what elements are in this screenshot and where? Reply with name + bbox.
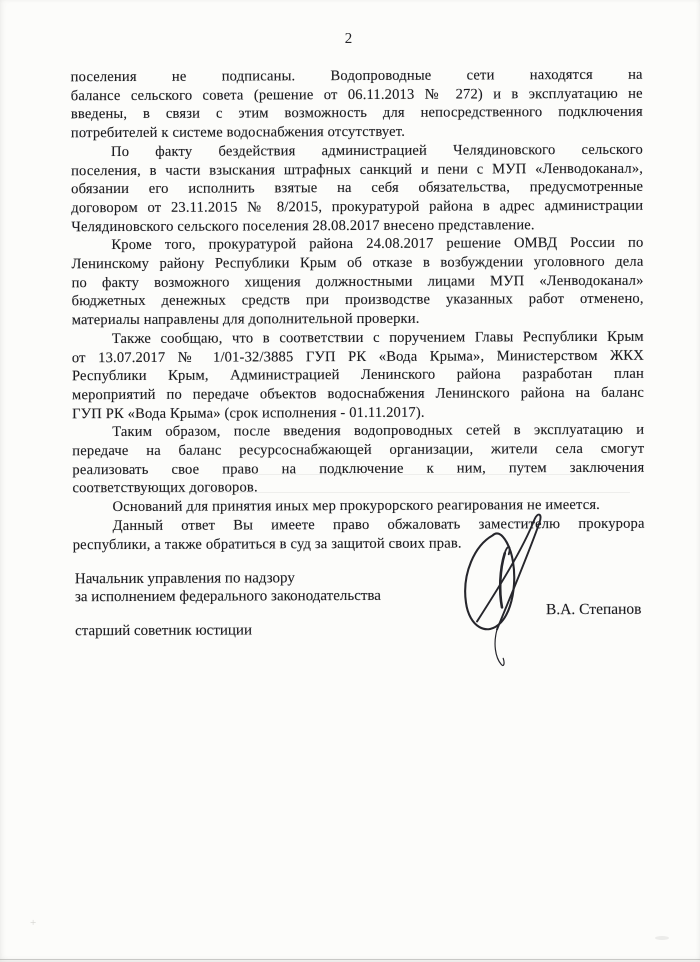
paragraph-3-line-2: Ленинскому району Республики Крым об отк… — [71, 253, 643, 274]
paragraph-4-line-4: мероприятий по передаче объектов водосна… — [72, 384, 644, 405]
paragraph-5-line-1: Таким образом, после введения водопровод… — [72, 421, 644, 442]
scan-streak — [90, 492, 630, 493]
paragraph-5-line-3: реализовать свое право на подключение к … — [72, 458, 644, 479]
paragraph-2-line-2: поселения, в части взыскания штрафных са… — [71, 159, 643, 180]
scan-corner-mark: + — [30, 918, 40, 928]
handwritten-signature-ink — [449, 509, 562, 669]
paragraph-4-line-3: Республики Крым, Администрацией Ленинско… — [72, 365, 644, 386]
paragraph-2-line-5: Челядиновского сельского поселения 28.08… — [71, 215, 643, 236]
scanned-letter-page: 2 поселения не подписаны. Водопроводные … — [0, 0, 700, 962]
signatory-rank: старший советник юстиции — [75, 622, 381, 640]
scan-bottom-edge — [0, 959, 700, 960]
paragraph-3-line-1: Кроме того, прокуратурой района 24.08.20… — [71, 234, 643, 255]
signatory-title-line2: за исполнением федерального законодатель… — [75, 587, 381, 606]
paragraph-5-line-2: передаче на баланс ресурсоснабжающей орг… — [72, 440, 644, 461]
paragraph-5-line-4: соответствующих договоров. — [72, 477, 644, 498]
scan-tilt-wrapper: 2 поселения не подписаны. Водопроводные … — [0, 0, 700, 962]
scan-smudge — [655, 936, 669, 940]
paragraph-1-line-4: потребителей к системе водоснабжения отс… — [71, 122, 643, 143]
paragraph-4-line-5: ГУП РК «Вода Крыма» (срок исполнения - 0… — [72, 402, 644, 423]
signature-block: Начальник управления по надзору за испол… — [75, 570, 381, 640]
scan-streak — [250, 474, 580, 475]
paragraph-3-line-3: по факту возможного хищения должностными… — [72, 271, 644, 292]
letter-body: поселения не подписаны. Водопроводные се… — [71, 66, 645, 555]
paragraph-4-line-2: от 13.07.2017 № 1/01-32/3885 ГУП РК «Вод… — [72, 346, 644, 367]
signatory-name: В.А. Степанов — [546, 601, 642, 619]
paragraph-2-line-1: По факту бездействия администрацией Челя… — [71, 141, 643, 162]
page-number: 2 — [0, 29, 699, 49]
paragraph-3-line-5: материалы направлены для дополнительной … — [72, 309, 644, 330]
paragraph-4-line-1: Также сообщаю, что в соответствии с пору… — [72, 328, 644, 349]
paragraph-2-line-3: обязании его исполнить взятые на себя об… — [71, 178, 643, 199]
paragraph-1-line-2: балансе сельского совета (решение от 06.… — [71, 84, 643, 105]
paragraph-1-line-1: поселения не подписаны. Водопроводные се… — [71, 66, 643, 87]
paragraph-1-line-3: введены, в связи с этим возможность для … — [71, 103, 643, 124]
paragraph-3-line-4: бюджетных денежных средств при производс… — [72, 290, 644, 311]
signatory-title-line1: Начальник управления по надзору — [75, 570, 381, 589]
paragraph-2-line-4: договором от 23.11.2015 № 8/2015, прокур… — [71, 197, 643, 218]
